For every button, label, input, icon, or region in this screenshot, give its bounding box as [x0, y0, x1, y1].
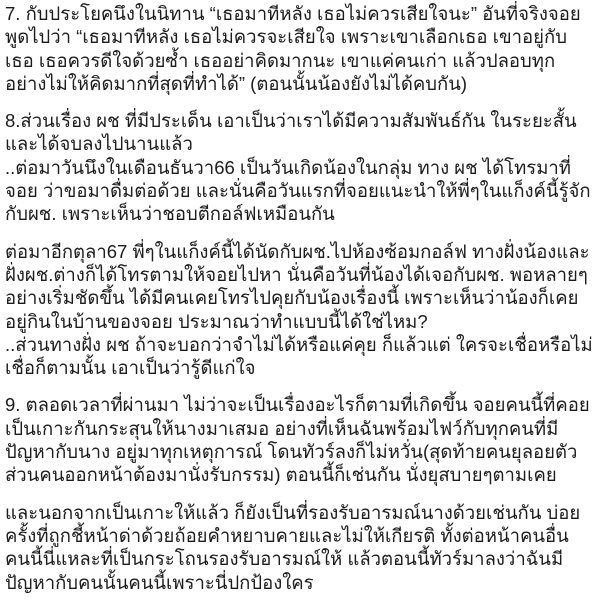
document-body: 7. กับประโยคนึงในนิทาน “เธอมาทีหลัง เธอไ… — [0, 0, 600, 604]
paragraph-9-continued: และนอกจากเป็นเกาะให้แล้ว ก็ยังเป็นที่รอง… — [5, 501, 595, 594]
paragraph-8: 8.ส่วนเรื่อง ผช ที่มีประเด็น เอาเป็นว่าเ… — [5, 109, 595, 225]
paragraph-7: 7. กับประโยคนึงในนิทาน “เธอมาทีหลัง เธอไ… — [5, 2, 595, 95]
paragraph-9: 9. ตลอดเวลาที่ผ่านมา ไม่ว่าจะเป็นเรื่องอ… — [5, 393, 595, 486]
paragraph-8-continued: ต่อมาอีกตุลา67 พี่ๆในแก็งค์นี้ได้นัดกับผ… — [5, 240, 595, 380]
